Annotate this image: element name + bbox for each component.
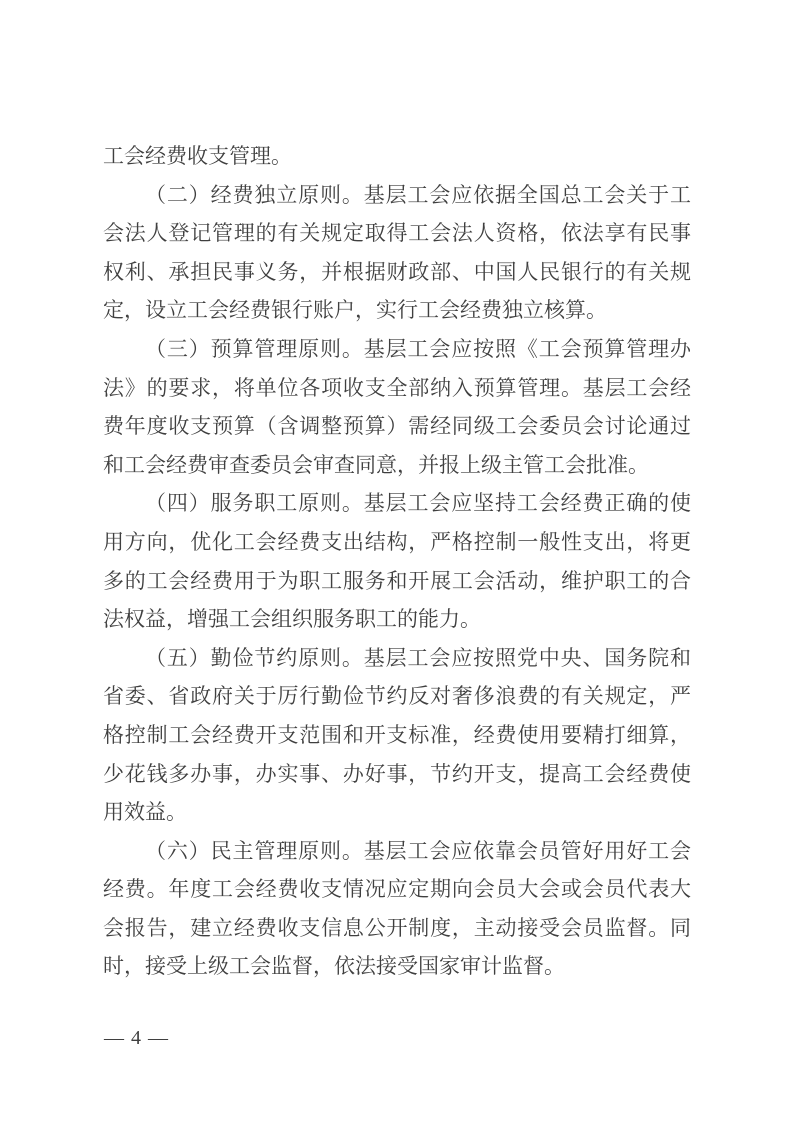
text-line: （三）预算管理原则。基层工会应按照《工会预算管理办 xyxy=(103,330,691,369)
paragraph-principle-4: （四）服务职工原则。基层工会应坚持工会经费正确的使 用方向，优化工会经费支出结构… xyxy=(103,484,691,638)
text-line: （六）民主管理原则。基层工会应依靠会员管好用好工会 xyxy=(103,832,691,871)
text-line: 省委、省政府关于厉行勤俭节约反对奢侈浪费的有关规定，严 xyxy=(103,677,691,716)
text-line: 少花钱多办事，办实事、办好事，节约开支，提高工会经费使 xyxy=(103,755,691,794)
text-line: 费年度收支预算（含调整预算）需经同级工会委员会讨论通过 xyxy=(103,407,691,446)
text-line: 工会经费收支管理。 xyxy=(103,137,691,176)
page-number: — 4 — xyxy=(104,1026,169,1050)
text-line: 多的工会经费用于为职工服务和开展工会活动，维护职工的合 xyxy=(103,562,691,601)
text-line: 法》的要求，将单位各项收支全部纳入预算管理。基层工会经 xyxy=(103,369,691,408)
paragraph-principle-3: （三）预算管理原则。基层工会应按照《工会预算管理办 法》的要求，将单位各项收支全… xyxy=(103,330,691,484)
paragraph-principle-5: （五）勤俭节约原则。基层工会应按照党中央、国务院和 省委、省政府关于厉行勤俭节约… xyxy=(103,639,691,832)
text-line: 用方向，优化工会经费支出结构，严格控制一般性支出，将更 xyxy=(103,523,691,562)
text-line: 时，接受上级工会监督，依法接受国家审计监督。 xyxy=(103,947,691,986)
document-page: 工会经费收支管理。 （二）经费独立原则。基层工会应依据全国总工会关于工 会法人登… xyxy=(0,0,793,1122)
text-line: 用效益。 xyxy=(103,793,691,832)
paragraph-principle-6: （六）民主管理原则。基层工会应依靠会员管好用好工会 经费。年度工会经费收支情况应… xyxy=(103,832,691,986)
paragraph-principle-2: （二）经费独立原则。基层工会应依据全国总工会关于工 会法人登记管理的有关规定取得… xyxy=(103,176,691,330)
text-line: 和工会经费审查委员会审查同意，并报上级主管工会批准。 xyxy=(103,446,691,485)
text-line: 会法人登记管理的有关规定取得工会法人资格，依法享有民事 xyxy=(103,214,691,253)
text-line: 格控制工会经费开支范围和开支标准，经费使用要精打细算， xyxy=(103,716,691,755)
text-line: 权利、承担民事义务，并根据财政部、中国人民银行的有关规 xyxy=(103,253,691,292)
text-line: （二）经费独立原则。基层工会应依据全国总工会关于工 xyxy=(103,176,691,215)
text-line: 法权益，增强工会组织服务职工的能力。 xyxy=(103,600,691,639)
text-line: （四）服务职工原则。基层工会应坚持工会经费正确的使 xyxy=(103,484,691,523)
text-line: （五）勤俭节约原则。基层工会应按照党中央、国务院和 xyxy=(103,639,691,678)
text-line: 经费。年度工会经费收支情况应定期向会员大会或会员代表大 xyxy=(103,870,691,909)
document-body: 工会经费收支管理。 （二）经费独立原则。基层工会应依据全国总工会关于工 会法人登… xyxy=(103,137,691,986)
text-line: 会报告，建立经费收支信息公开制度，主动接受会员监督。同 xyxy=(103,909,691,948)
paragraph-continued: 工会经费收支管理。 xyxy=(103,137,691,176)
text-line: 定，设立工会经费银行账户，实行工会经费独立核算。 xyxy=(103,291,691,330)
